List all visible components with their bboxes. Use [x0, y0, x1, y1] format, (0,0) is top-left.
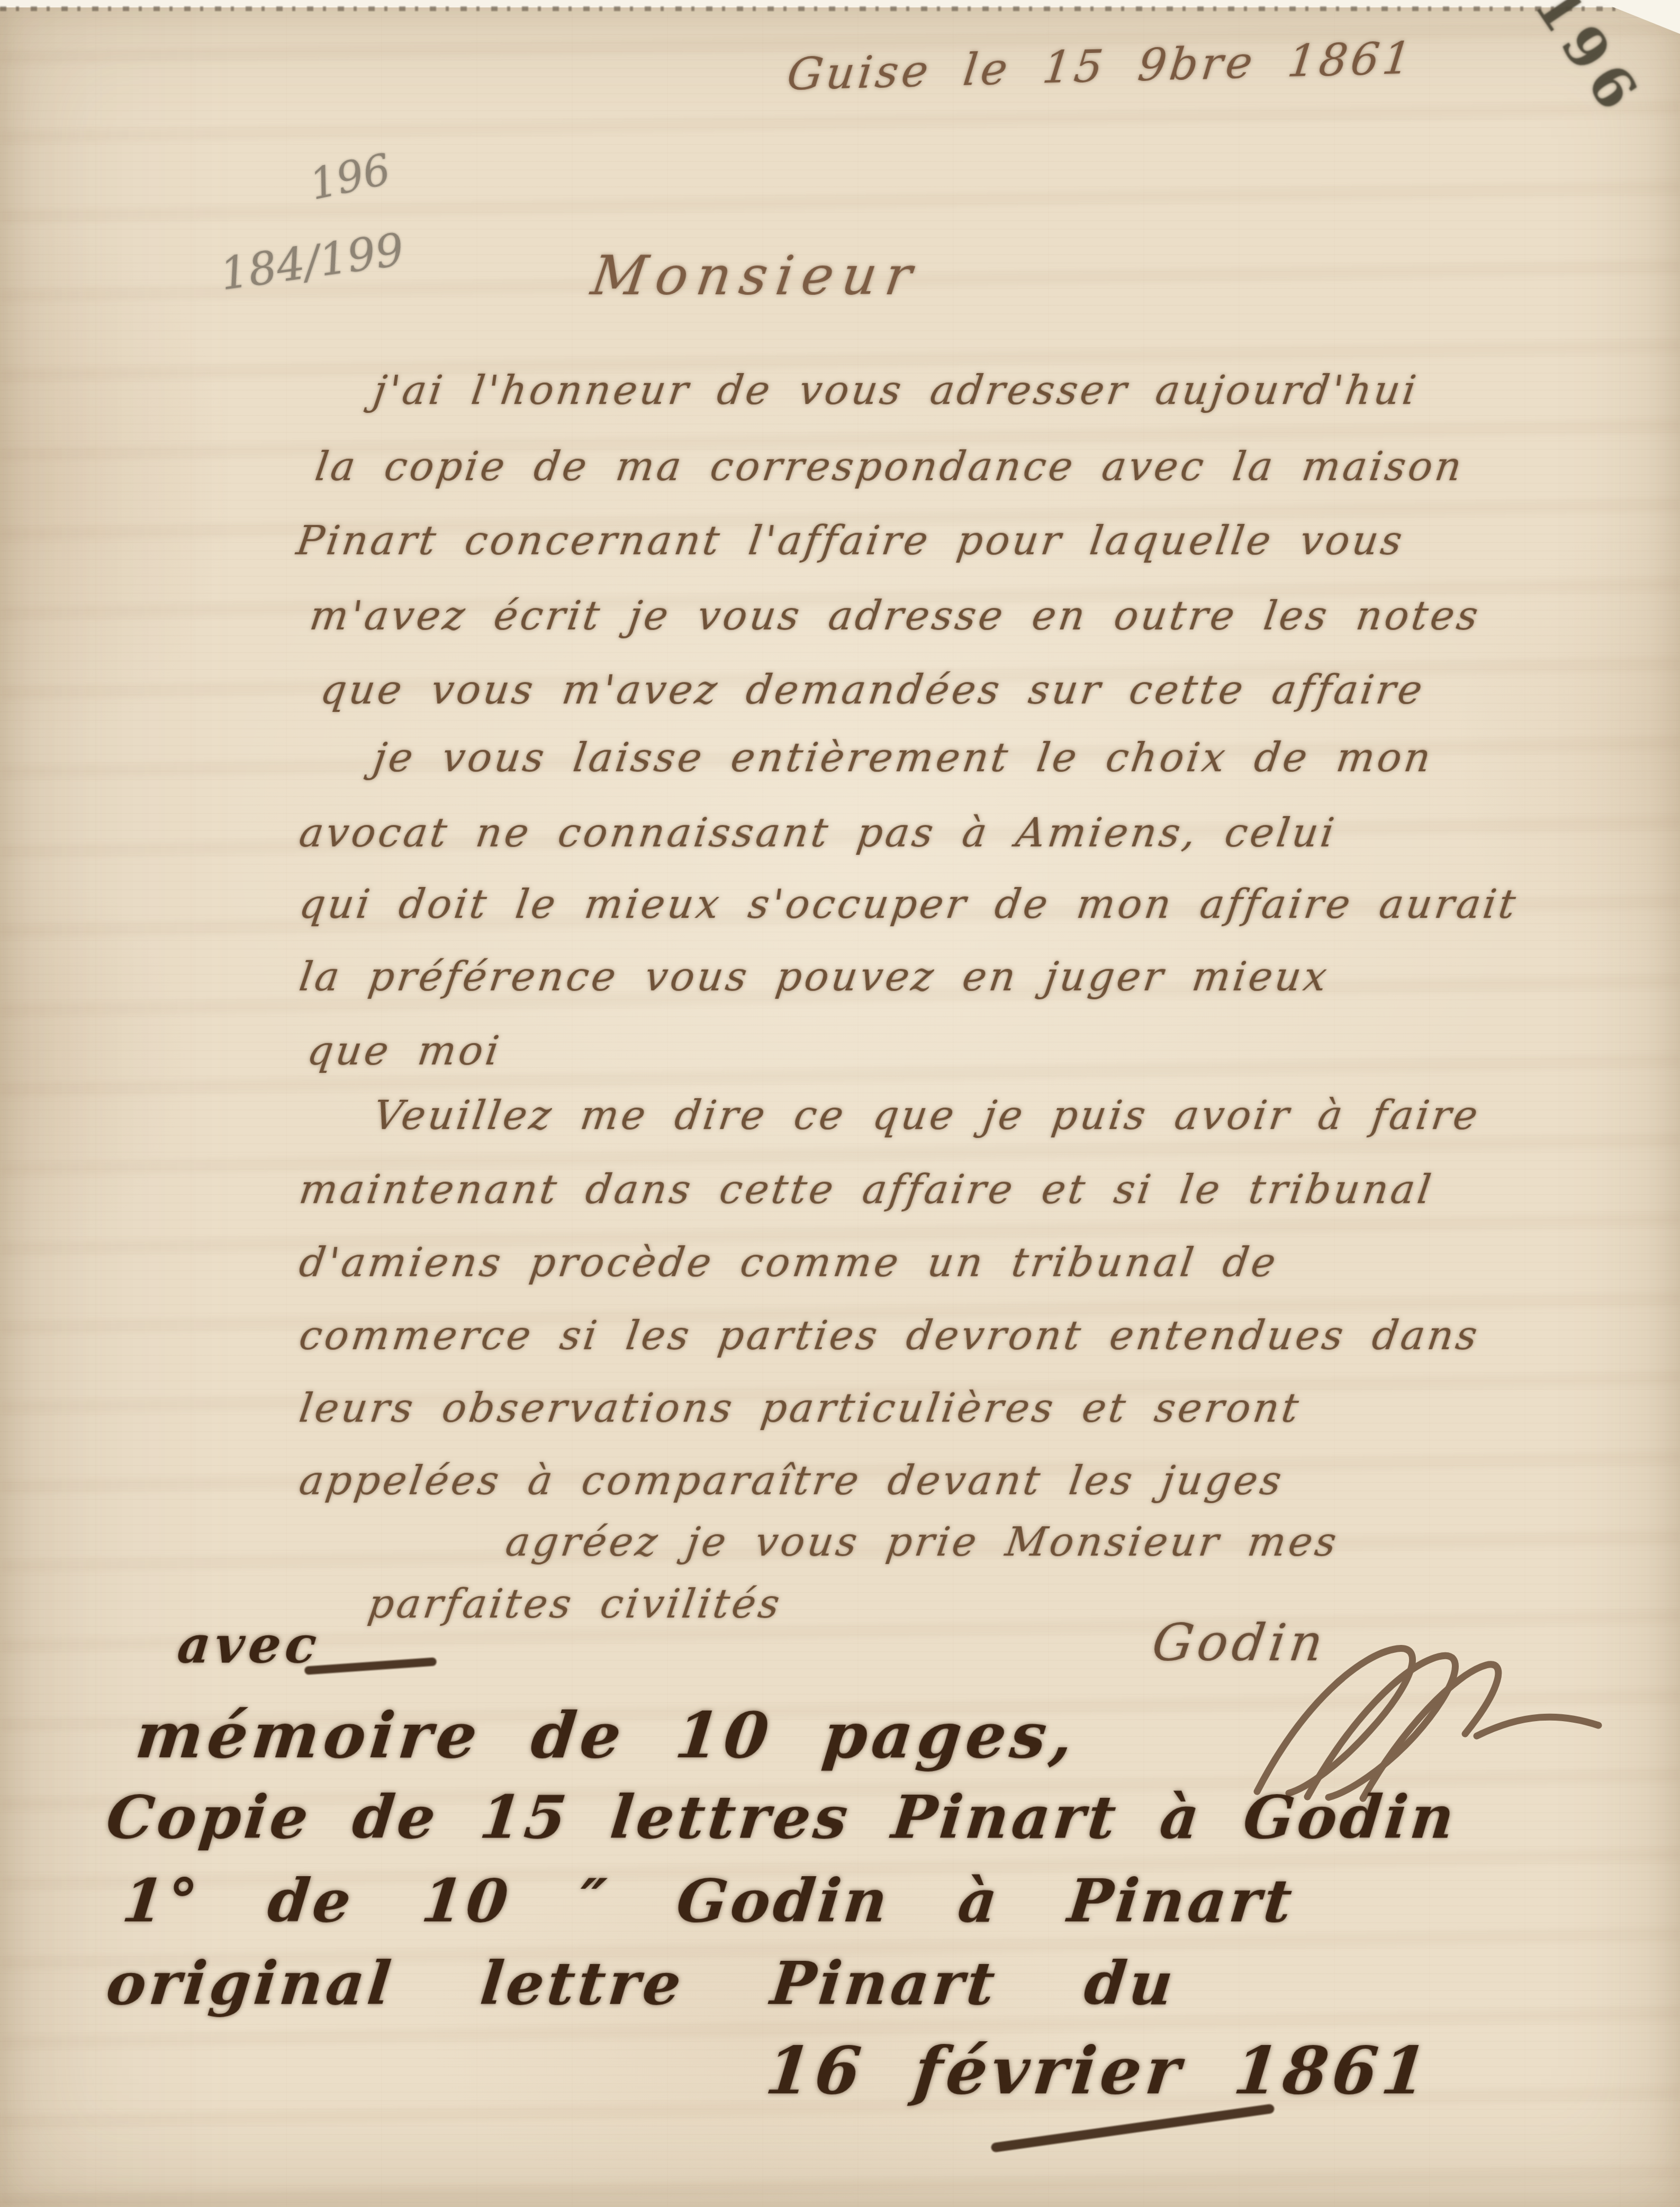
- letter-page: 196 Guise le 15 9bre 1861 196 184/199 Mo…: [0, 0, 1680, 2207]
- salutation: Monsieur: [588, 245, 924, 307]
- docket-underline-stroke: [990, 2104, 1275, 2153]
- closing-line: parfaites civilités: [365, 1580, 785, 1627]
- body-line: maintenant dans cette affaire et si le t…: [296, 1165, 1437, 1213]
- place-date-line: Guise le 15 9bre 1861: [784, 32, 1417, 101]
- body-line: commerce si les parties devront entendue…: [296, 1311, 1483, 1359]
- body-line: je vous laisse entièrement le choix de m…: [371, 734, 1436, 781]
- body-line: Veuillez me dire ce que je puis avoir à …: [371, 1091, 1484, 1138]
- body-line: d'amiens procède comme un tribunal de: [296, 1238, 1281, 1286]
- body-line: la préférence vous pouvez en juger mieux: [296, 953, 1332, 1000]
- body-line: j'ai l'honneur de vous adresser aujourd'…: [371, 366, 1422, 413]
- docket-date-line: 16 février 1861: [762, 2032, 1435, 2109]
- body-line: appelées à comparaître devant les juges: [296, 1457, 1287, 1504]
- body-line: que moi: [304, 1027, 504, 1074]
- docket-line: 1° de 10 ″ Godin à Pinart: [119, 1866, 1298, 1935]
- body-line: avocat ne connaissant pas à Amiens, celu…: [296, 809, 1340, 856]
- closing-line: agréez je vous prie Monsieur mes: [503, 1518, 1342, 1565]
- pencil-folio-number: 196: [305, 144, 395, 210]
- docket-line: original lettre Pinart du: [103, 1949, 1179, 2018]
- pencil-folio-range: 184/199: [217, 223, 407, 301]
- body-line: la copie de ma correspondance avec la ma…: [312, 442, 1467, 490]
- docket-line: Copie de 15 lettres Pinart à Godin: [103, 1783, 1460, 1852]
- body-line: leurs observations particulières et sero…: [296, 1384, 1304, 1431]
- body-line: que vous m'avez demandées sur cette affa…: [318, 666, 1428, 713]
- docket-line: avec: [175, 1615, 323, 1675]
- docket-line: mémoire de 10 pages,: [132, 1698, 1081, 1772]
- body-line: m'avez écrit je vous adresse en outre le…: [307, 592, 1484, 639]
- docket-flourish-stroke: [304, 1657, 437, 1675]
- body-line: qui doit le mieux s'occuper de mon affai…: [296, 880, 1521, 927]
- scan-edge-artifacts: [0, 6, 1680, 11]
- body-line: Pinart concernant l'affaire pour laquell…: [294, 517, 1408, 564]
